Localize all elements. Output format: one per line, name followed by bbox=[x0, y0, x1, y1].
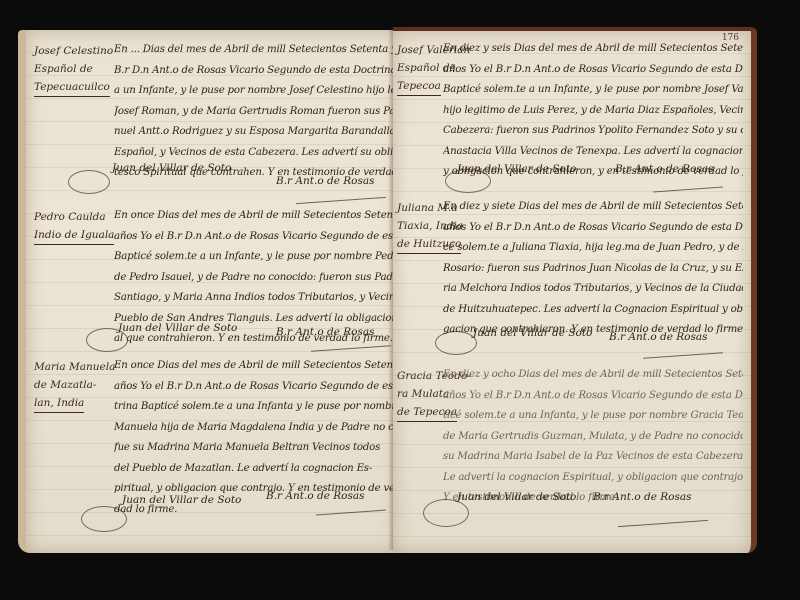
signature-flourish bbox=[653, 187, 723, 193]
signature-priest: B.r Ant.o de Rosas bbox=[609, 331, 708, 343]
rubric-flourish bbox=[435, 331, 477, 355]
margin-name-note: Maria Manuela de Mazatla- lan, India bbox=[34, 358, 115, 413]
margin-line: Tepecoa bbox=[397, 77, 441, 96]
margin-line: Pedro Caulda bbox=[34, 208, 114, 226]
text-line: En once Dias del mes de Abril de mill Se… bbox=[114, 356, 396, 377]
entry-text: En diez y ocho Dias del mes de Abril de … bbox=[443, 365, 743, 509]
text-line: Cabezera: fueron sus Padrinos Ypolito Fe… bbox=[443, 121, 743, 142]
text-line: En ... Dias del mes de Abril de mill Set… bbox=[114, 40, 396, 61]
text-line: B.r D.n Ant.o de Rosas Vicario Segundo d… bbox=[114, 61, 396, 82]
entry-text: En diez y siete Dias del mes de Abril de… bbox=[443, 197, 743, 341]
text-line: nuel Antt.o Rodriguez y su Esposa Margar… bbox=[114, 122, 396, 143]
text-line: trina Bapticé solem.te a una Infanta y l… bbox=[114, 397, 396, 418]
signature-priest: B.r Ant.o de Rosas bbox=[593, 491, 692, 503]
signature-flourish bbox=[296, 197, 386, 204]
signature-flourish bbox=[643, 352, 723, 359]
signature-witness: Juan del Villar de Soto bbox=[473, 327, 592, 339]
text-line: ria Melchora Indios todos Tributarios, y… bbox=[443, 279, 743, 300]
text-line: años Yo el B.r D.n Ant.o de Rosas Vicari… bbox=[443, 386, 743, 407]
text-line: En once Dias del mes de Abril de mill Se… bbox=[114, 206, 396, 227]
text-line: de Maria Gertrudis Guzman, Mulata, y de … bbox=[443, 427, 743, 448]
text-line: Bapticé solem.te a un Infante, y le puse… bbox=[443, 80, 743, 101]
text-line: Rosario: fueron sus Padrinos Juan Nicola… bbox=[443, 259, 743, 280]
open-manuscript-book: Josef Celestino Español de Tepecuacuilco… bbox=[0, 0, 800, 600]
text-line: cé solem.te a Juliana Tiaxia, hija leg.m… bbox=[443, 238, 743, 259]
signature-witness: Juan del Villar de Soto bbox=[457, 163, 576, 175]
text-line: años Yo el B.r D.n Ant.o de Rosas Vicari… bbox=[443, 60, 743, 81]
right-page: 176 Josef Valerian Español de Tepecoa En… bbox=[393, 27, 757, 553]
text-line: Anastacia Villa Vecinos de Tenexpa. Les … bbox=[443, 142, 743, 163]
text-line: Español, y Vecinos de esta Cabezera. Les… bbox=[114, 143, 396, 164]
text-line: fue su Madrina Maria Manuela Beltran Vec… bbox=[114, 438, 396, 459]
text-line: Manuela hija de Maria Magdalena India y … bbox=[114, 418, 396, 439]
signature-priest: B.r Ant.o de Rosas bbox=[266, 490, 365, 502]
signature-witness: Juan del Villar de Soto bbox=[122, 494, 241, 506]
margin-line: Español de bbox=[34, 60, 113, 78]
margin-line: Maria Manuela bbox=[34, 358, 115, 376]
text-line: de Huitzuhuatepec. Les advertí la Cognac… bbox=[443, 300, 743, 321]
text-line: Le advertí la cognacion Espiritual, y ob… bbox=[443, 468, 743, 489]
text-line: años Yo el B.r D.n Ant.o de Rosas Vicari… bbox=[114, 377, 396, 398]
signature-priest: B.r Ant.o de Rosas bbox=[615, 163, 714, 175]
signature-priest: B.r Ant.o de Rosas bbox=[276, 175, 375, 187]
text-line: a un Infante, y le puse por nombre Josef… bbox=[114, 81, 396, 102]
text-line: de Pedro Isauel, y de Padre no conocido:… bbox=[114, 268, 396, 289]
text-line: En diez y ocho Dias del mes de Abril de … bbox=[443, 365, 743, 386]
text-line: ticé solem.te a una Infanta, y le puse p… bbox=[443, 406, 743, 427]
margin-line: de Mazatla- bbox=[34, 376, 115, 394]
left-page: Josef Celestino Español de Tepecuacuilco… bbox=[18, 30, 400, 553]
text-line: hijo legitimo de Luis Perez, y de Maria … bbox=[443, 101, 743, 122]
text-line: años Yo el B.r D.n Ant.o de Rosas Vicari… bbox=[114, 227, 396, 248]
text-line: Josef Roman, y de Maria Gertrudis Roman … bbox=[114, 102, 396, 123]
margin-line: Josef Celestino bbox=[34, 42, 113, 60]
signature-witness: Juan del Villar de Soto bbox=[112, 162, 231, 174]
signature-witness: Juan del Villar de Soto bbox=[457, 491, 576, 503]
margin-line: Tepecuacuilco bbox=[34, 78, 110, 97]
text-line: Santiago, y Maria Anna Indios todos Trib… bbox=[114, 288, 396, 309]
margin-name-note: Josef Celestino Español de Tepecuacuilco bbox=[34, 42, 113, 97]
signature-priest: B.r Ant.o de Rosas bbox=[276, 326, 375, 338]
text-line: En diez y seis Dias del mes de Abril de … bbox=[443, 39, 743, 60]
text-line: En diez y siete Dias del mes de Abril de… bbox=[443, 197, 743, 218]
rubric-flourish bbox=[81, 506, 127, 532]
text-line: del Pueblo de Mazatlan. Le advertí la co… bbox=[114, 459, 396, 480]
margin-line: lan, India bbox=[34, 394, 84, 413]
signature-witness: Juan del Villar de Soto bbox=[118, 322, 237, 334]
text-line: años Yo el B.r D.n Ant.o de Rosas Vicari… bbox=[443, 218, 743, 239]
text-line: Bapticé solem.te a un Infante, y le puse… bbox=[114, 247, 396, 268]
text-line: su Madrina Maria Isabel de la Paz Vecino… bbox=[443, 447, 743, 468]
rubric-flourish bbox=[423, 499, 469, 527]
entry-text: En diez y seis Dias del mes de Abril de … bbox=[443, 39, 743, 183]
margin-name-note: Pedro Caulda Indio de Iguala bbox=[34, 208, 114, 245]
margin-line: Indio de Iguala bbox=[34, 226, 114, 245]
rubric-flourish bbox=[68, 170, 110, 194]
signature-flourish bbox=[618, 520, 708, 527]
